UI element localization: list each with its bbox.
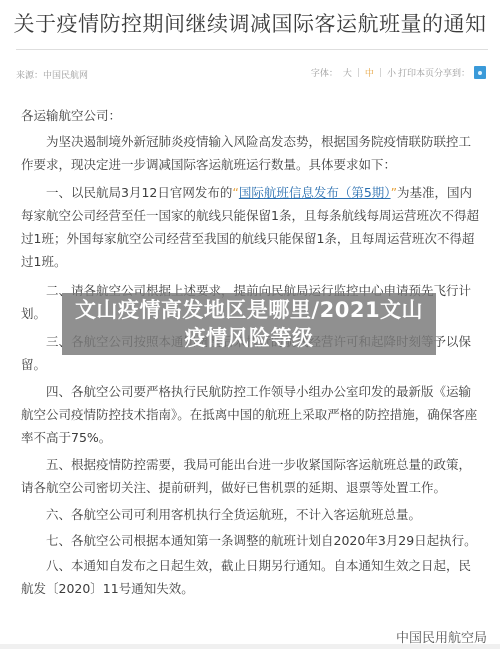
source-label: 来源：中国民航网 [16,68,88,81]
paragraph-intro: 为坚决遏制境外新冠肺炎疫情输入风险高发态势，根据国务院疫情联防联控工作要求，现决… [21,130,479,176]
separator: | [376,68,385,78]
greeting: 各运输航空公司： [21,106,121,124]
meta-tools: 字体： 大 | 中 | 小 打印本页 分享到： [311,66,486,79]
page-title: 关于疫情防控期间继续调减国际客运航班量的通知 [0,8,500,38]
font-size-medium[interactable]: 中 [363,66,376,79]
paragraph-1-prefix: 一、以民航局3月12日官网发布的 [46,185,232,200]
title-divider [16,49,488,50]
headline-overlay: 文山疫情高发地区是哪里/2021文山 疫情风险等级 [62,293,436,355]
meta-bar: 来源：中国民航网 字体： 大 | 中 | 小 打印本页 分享到： [16,68,486,82]
paragraph-1: 一、以民航局3月12日官网发布的“国际航班信息发布（第5期）”为基准，国内每家航… [21,181,479,273]
font-size-small[interactable]: 小 [385,66,398,79]
paragraph-8: 八、本通知自发布之日起生效，截止日期另行通知。自本通知生效之日起，民航发〔202… [21,554,479,600]
font-size-label: 字体： [311,66,338,79]
share-icon[interactable] [474,66,486,79]
paragraph-4: 四、各航空公司要严格执行民航防控工作领导小组办公室印发的最新版《运输航空公司疫情… [21,380,479,449]
separator: | [354,68,363,78]
overlay-headline-line1: 文山疫情高发地区是哪里/2021文山 [75,296,423,324]
font-size-large[interactable]: 大 [341,66,354,79]
print-page-link[interactable]: 打印本页 [398,66,434,79]
paragraph-6: 六、各航空公司可利用客机执行全货运航班，不计入客运航班总量。 [21,503,479,526]
overlay-headline-line2: 疫情风险等级 [185,324,314,352]
bottom-edge [0,644,500,649]
share-label: 分享到： [434,66,470,79]
flight-info-link[interactable]: 国际航班信息发布（第5期） [239,185,391,200]
paragraph-7: 七、各航空公司根据本通知第一条调整的航班计划自2020年3月29日起执行。 [21,529,479,552]
paragraph-5: 五、根据疫情防控需要，我局可能出台进一步收紧国际客运航班总量的政策，请各航空公司… [21,453,479,499]
